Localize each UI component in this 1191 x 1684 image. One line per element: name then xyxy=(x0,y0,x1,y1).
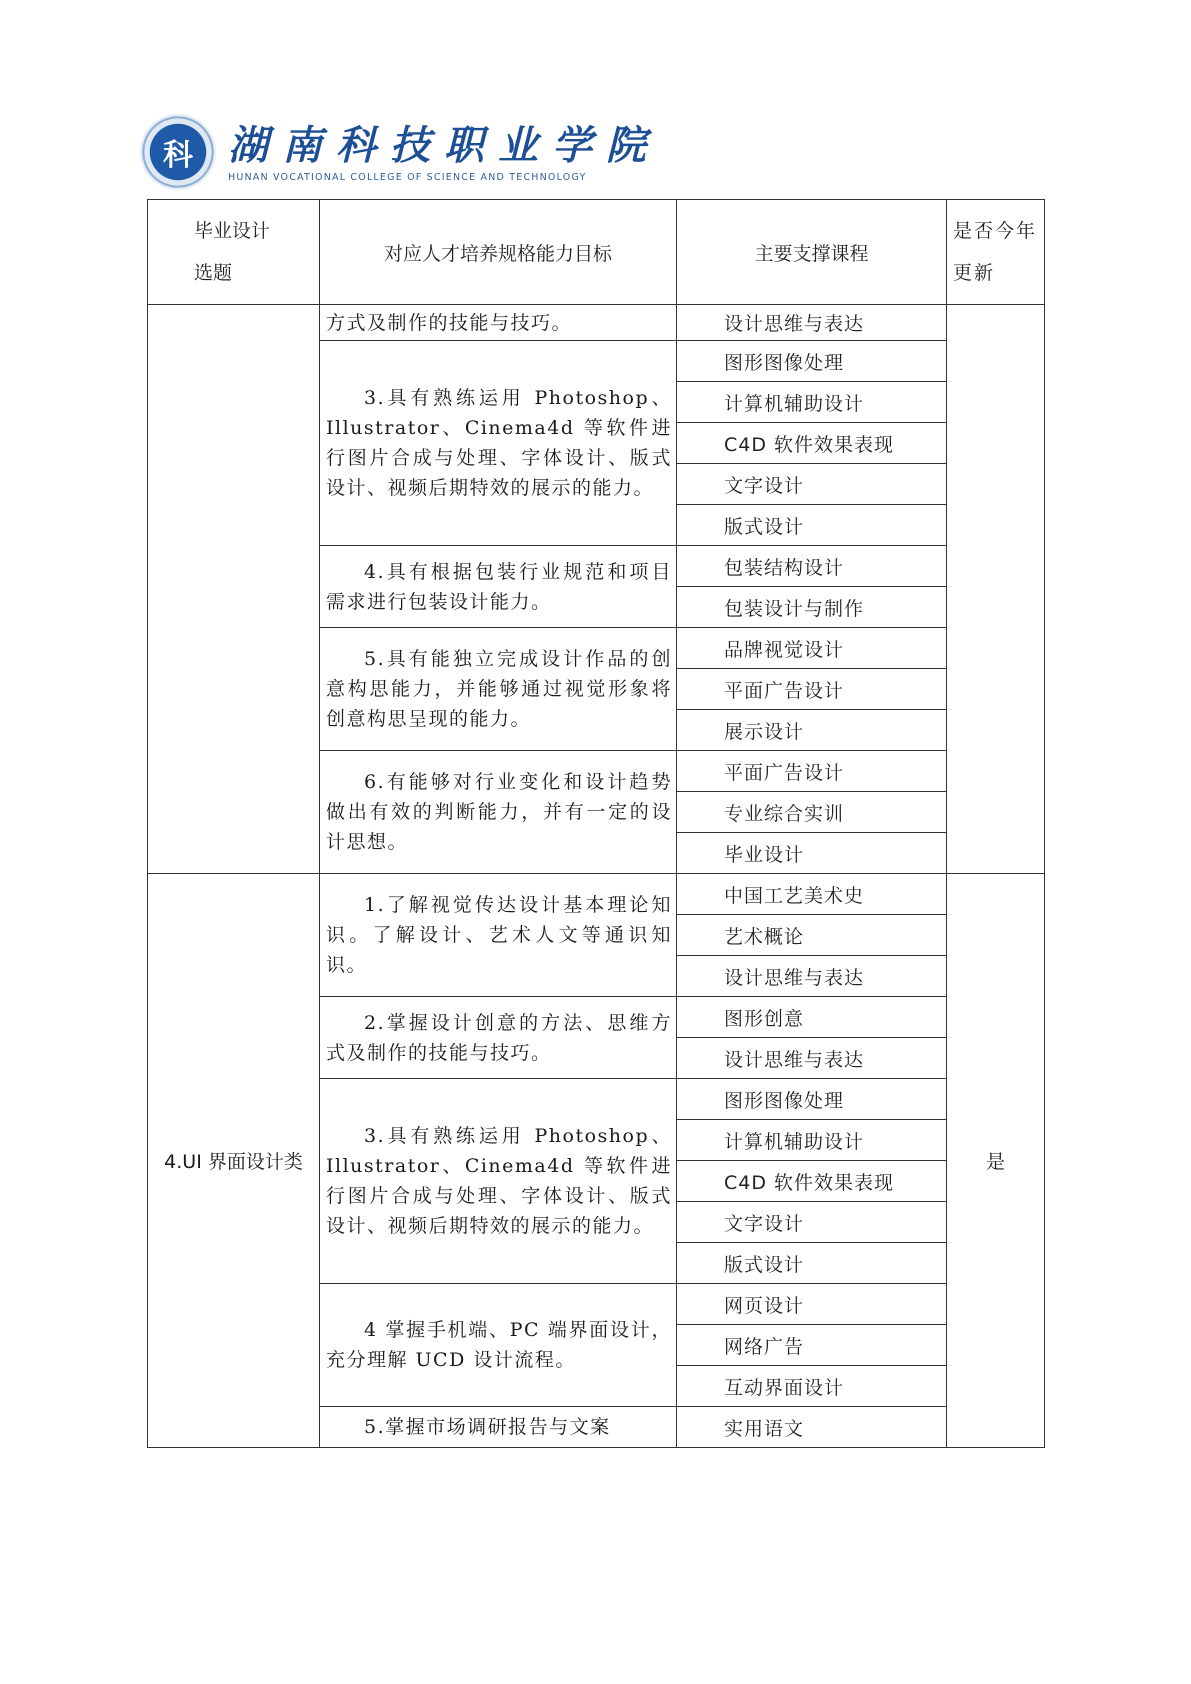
ability-goal-text: 2.掌握设计创意的方法、思维方式及制作的技能与技巧。 xyxy=(326,1008,672,1068)
header-goal: 对应人才培养规格能力目标 xyxy=(320,200,677,305)
course-cell: 品牌视觉设计 xyxy=(677,628,947,669)
ability-goal-cell: 4.具有根据包装行业规范和项目需求进行包装设计能力。 xyxy=(320,546,677,628)
course-cell: 艺术概论 xyxy=(677,915,947,956)
school-name-cn: 湖南科技职业学院 xyxy=(228,122,660,170)
ability-goal-text: 6.有能够对行业变化和设计趋势做出有效的判断能力，并有一定的设计思想。 xyxy=(326,767,672,857)
ability-goal-text: 3.具有熟练运用 Photoshop、Illustrator、Cinema4d … xyxy=(326,1121,672,1241)
ability-goal-cell: 1.了解视觉传达设计基本理论知识。了解设计、艺术人文等通识知识。 xyxy=(320,874,677,997)
course-cell: 网络广告 xyxy=(677,1325,947,1366)
school-emblem-icon: 科 xyxy=(140,114,216,190)
course-cell: C4D 软件效果表现 xyxy=(677,1161,947,1202)
ability-goal-cell: 方式及制作的技能与技巧。 xyxy=(320,305,677,341)
school-name-en: HUNAN VOCATIONAL COLLEGE OF SCIENCE AND … xyxy=(228,172,660,183)
topic-cell: 4.UI 界面设计类 xyxy=(148,874,320,1448)
header-update: 是否今年更新 xyxy=(947,200,1045,305)
course-cell: 展示设计 xyxy=(677,710,947,751)
course-cell: 平面广告设计 xyxy=(677,751,947,792)
course-cell: 设计思维与表达 xyxy=(677,956,947,997)
ability-goal-cell: 5.具有能独立完成设计作品的创意构思能力，并能够通过视觉形象将创意构思呈现的能力… xyxy=(320,628,677,751)
school-wordmark: 湖南科技职业学院 HUNAN VOCATIONAL COLLEGE OF SCI… xyxy=(228,122,660,183)
topic-cell xyxy=(148,305,320,874)
course-cell: 专业综合实训 xyxy=(677,792,947,833)
course-cell: 网页设计 xyxy=(677,1284,947,1325)
school-logo: 科 湖南科技职业学院 HUNAN VOCATIONAL COLLEGE OF S… xyxy=(140,112,660,192)
course-cell: 互动界面设计 xyxy=(677,1366,947,1407)
table-header-row: 毕业设计选题 对应人才培养规格能力目标 主要支撑课程 是否今年更新 xyxy=(148,200,1045,305)
ability-goal-cell: 5.掌握市场调研报告与文案 xyxy=(320,1407,677,1448)
header-course: 主要支撑课程 xyxy=(677,200,947,305)
course-cell: 版式设计 xyxy=(677,1243,947,1284)
ability-goal-text: 5.具有能独立完成设计作品的创意构思能力，并能够通过视觉形象将创意构思呈现的能力… xyxy=(326,644,672,734)
course-cell: 包装结构设计 xyxy=(677,546,947,587)
ability-goal-cell: 2.掌握设计创意的方法、思维方式及制作的技能与技巧。 xyxy=(320,997,677,1079)
table-row: 方式及制作的技能与技巧。设计思维与表达 xyxy=(148,305,1045,341)
table-row: 4.UI 界面设计类1.了解视觉传达设计基本理论知识。了解设计、艺术人文等通识知… xyxy=(148,874,1045,915)
course-cell: 计算机辅助设计 xyxy=(677,1120,947,1161)
course-cell: 计算机辅助设计 xyxy=(677,382,947,423)
course-cell: 毕业设计 xyxy=(677,833,947,874)
course-cell: 版式设计 xyxy=(677,505,947,546)
course-cell: 文字设计 xyxy=(677,464,947,505)
ability-goal-text: 5.掌握市场调研报告与文案 xyxy=(326,1412,672,1442)
ability-goal-text: 3.具有熟练运用 Photoshop、Illustrator、Cinema4d … xyxy=(326,383,672,503)
ability-goal-cell: 6.有能够对行业变化和设计趋势做出有效的判断能力，并有一定的设计思想。 xyxy=(320,751,677,874)
ability-goal-cell: 3.具有熟练运用 Photoshop、Illustrator、Cinema4d … xyxy=(320,341,677,546)
course-cell: 平面广告设计 xyxy=(677,669,947,710)
course-cell: C4D 软件效果表现 xyxy=(677,423,947,464)
header-topic: 毕业设计选题 xyxy=(148,200,320,305)
course-cell: 设计思维与表达 xyxy=(677,305,947,341)
ability-goal-text: 方式及制作的技能与技巧。 xyxy=(326,308,672,338)
course-cell: 设计思维与表达 xyxy=(677,1038,947,1079)
course-cell: 包装设计与制作 xyxy=(677,587,947,628)
course-cell: 图形创意 xyxy=(677,997,947,1038)
updated-this-year-cell: 是 xyxy=(947,874,1045,1448)
ability-goal-cell: 4 掌握手机端、PC 端界面设计，充分理解 UCD 设计流程。 xyxy=(320,1284,677,1407)
ability-goal-text: 1.了解视觉传达设计基本理论知识。了解设计、艺术人文等通识知识。 xyxy=(326,890,672,980)
ability-goal-text: 4 掌握手机端、PC 端界面设计，充分理解 UCD 设计流程。 xyxy=(326,1315,672,1375)
ability-goal-text: 4.具有根据包装行业规范和项目需求进行包装设计能力。 xyxy=(326,557,672,617)
course-cell: 图形图像处理 xyxy=(677,341,947,382)
course-cell: 文字设计 xyxy=(677,1202,947,1243)
course-cell: 中国工艺美术史 xyxy=(677,874,947,915)
ability-goal-cell: 3.具有熟练运用 Photoshop、Illustrator、Cinema4d … xyxy=(320,1079,677,1284)
updated-this-year-cell xyxy=(947,305,1045,874)
course-cell: 实用语文 xyxy=(677,1407,947,1448)
graduation-design-table: 毕业设计选题 对应人才培养规格能力目标 主要支撑课程 是否今年更新 方式及制作的… xyxy=(147,199,1045,1448)
course-cell: 图形图像处理 xyxy=(677,1079,947,1120)
